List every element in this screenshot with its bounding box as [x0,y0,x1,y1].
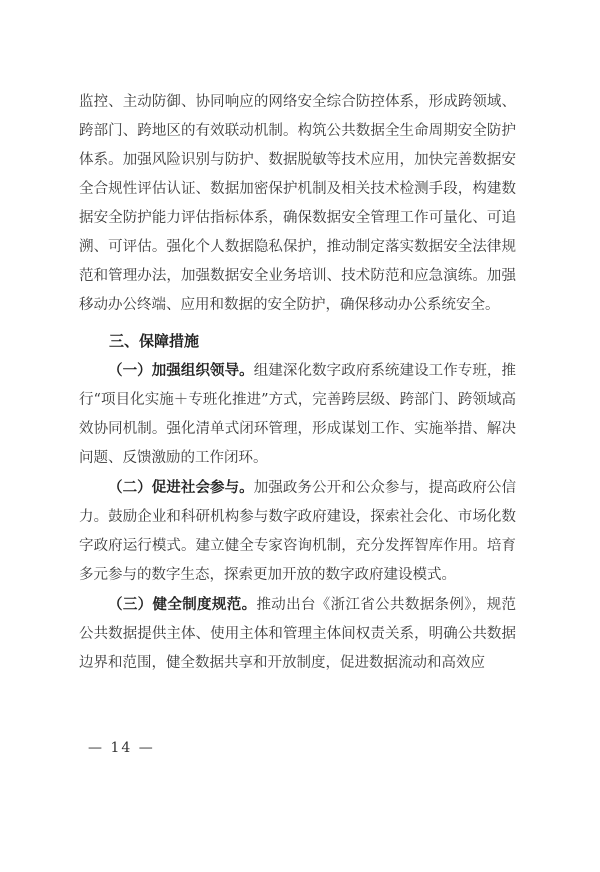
paragraph-2-lead: （二）促进社会参与。 [108,479,254,496]
paragraph-3-lead: （三）健全制度规范。 [108,596,256,613]
section-heading: 三、保障措施 [79,327,516,356]
paragraph-1-lead: （一）加强组织领导。 [108,362,254,379]
body-paragraph-1: （一）加强组织领导。组建深化数字政府系统建设工作专班，推行“项目化实施＋专班化推… [79,356,516,473]
document-page: 监控、主动防御、协同响应的网络安全综合防控体系，形成跨领域、跨部门、跨地区的有效… [0,0,600,872]
page-number: — 14 — [88,739,155,757]
body-paragraph-continuation: 监控、主动防御、协同响应的网络安全综合防控体系，形成跨领域、跨部门、跨地区的有效… [79,88,516,320]
body-paragraph-3: （三）健全制度规范。推动出台《浙江省公共数据条例》，规范公共数据提供主体、使用主… [79,590,516,678]
body-paragraph-2: （二）促进社会参与。加强政务公开和公众参与，提高政府公信力。鼓励企业和科研机构参… [79,473,516,590]
page-content: 监控、主动防御、协同响应的网络安全综合防控体系，形成跨领域、跨部门、跨地区的有效… [79,88,516,678]
